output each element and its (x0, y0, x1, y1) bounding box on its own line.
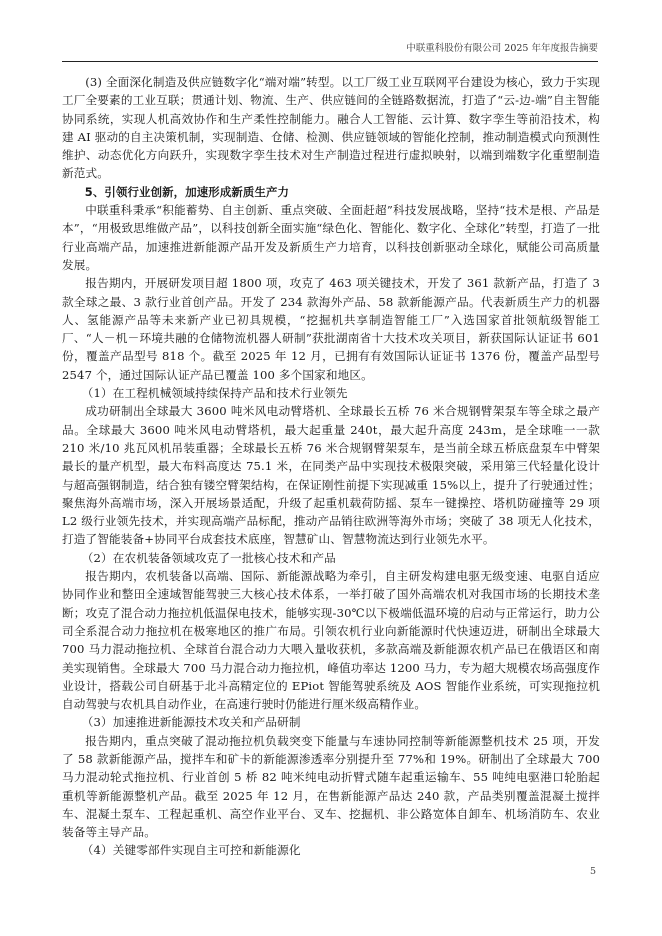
page-number: 5 (590, 866, 596, 877)
report-title: 中联重科股份有限公司 2025 年年度报告摘要 (406, 43, 598, 54)
subheading-construction-machinery: （1）在工程机械领域持续保持产品和技术行业领先 (62, 384, 600, 402)
subheading-agricultural-machinery: （2）在农机装备领域攻克了一批核心技术和产品 (62, 549, 600, 567)
paragraph-rd-results: 报告期内，开展研发项目超 1800 项，攻克了 463 项关键技术，开发了 36… (62, 274, 600, 384)
paragraph-agricultural-machinery: 报告期内，农机装备以高端、国际、新能源战略为牵引，自主研发构建电驱无级变速、电驱… (62, 567, 600, 713)
page-header: 中联重科股份有限公司 2025 年年度报告摘要 (62, 40, 598, 62)
subheading-key-components: （4）关键零部件实现自主可控和新能源化 (62, 841, 600, 859)
paragraph-new-energy: 报告期内，重点突破了混动拖拉机负载突变下能量与车速协同控制等新能源整机技术 25… (62, 732, 600, 842)
paragraph-construction-machinery: 成功研制出全球最大 3600 吨米风电动臂塔机、全球最长五桥 76 米合规钢臂架… (62, 402, 600, 548)
paragraph-digital-transformation: (3) 全面深化制造及供应链数字化“端对端”转型。以工厂级工业互联网平台建设为核… (62, 73, 600, 183)
section-heading-innovation: 5、引领行业创新，加速形成新质生产力 (62, 183, 600, 201)
document-body: (3) 全面深化制造及供应链数字化“端对端”转型。以工厂级工业互联网平台建设为核… (62, 73, 600, 860)
subheading-new-energy: （3）加速推进新能源技术攻关和产品研制 (62, 713, 600, 731)
paragraph-tech-strategy: 中联重科秉承“积能蓄势、自主创新、重点突破、全面赶超”科技发展战略，坚持“技术是… (62, 201, 600, 274)
